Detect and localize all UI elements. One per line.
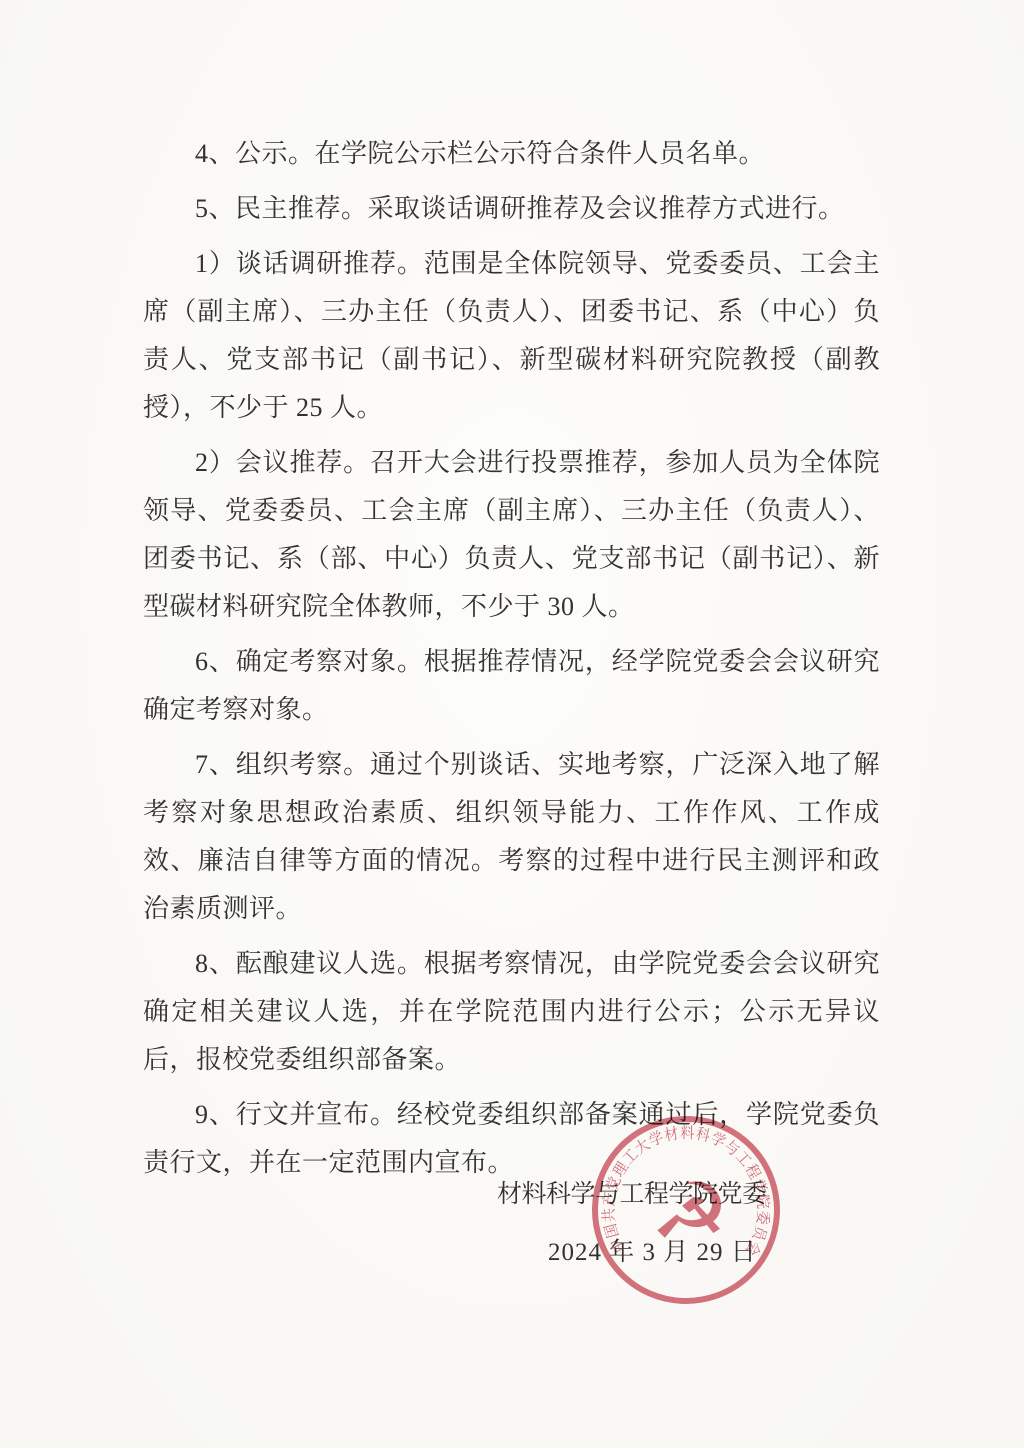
official-red-seal: 中国共产党理工大学材料科学与工程学院委员会 ☭ [585,1109,788,1312]
paragraph-5-minzhu-tuijian: 5、民主推荐。采取谈话调研推荐及会议推荐方式进行。 [143,185,880,233]
paragraph-6-kaocha-duixiang: 6、确定考察对象。根据推荐情况，经学院党委会会议研究确定考察对象。 [143,638,880,734]
paragraph-8-yunniang-renxuan: 8、酝酿建议人选。根据考察情况，由学院党委会会议研究确定相关建议人选，并在学院范… [143,940,880,1084]
paragraph-huiyi-tuijian: 2）会议推荐。召开大会进行投票推荐，参加人员为全体院领导、党委委员、工会主席（副… [143,439,880,631]
scanned-document-page: 4、公示。在学院公示栏公示符合条件人员名单。 5、民主推荐。采取谈话调研推荐及会… [0,0,1024,1448]
document-body: 4、公示。在学院公示栏公示符合条件人员名单。 5、民主推荐。采取谈话调研推荐及会… [143,130,880,1194]
paragraph-7-zuzhi-kaocha: 7、组织考察。通过个别谈话、实地考察，广泛深入地了解考察对象思想政治素质、组织领… [143,741,880,933]
hammer-sickle-icon: ☭ [646,1162,736,1267]
paragraph-4-gongshi: 4、公示。在学院公示栏公示符合条件人员名单。 [143,130,880,178]
paragraph-tanhua-tuijian: 1）谈话调研推荐。范围是全体院领导、党委委员、工会主席（副主席）、三办主任（负责… [143,240,880,432]
